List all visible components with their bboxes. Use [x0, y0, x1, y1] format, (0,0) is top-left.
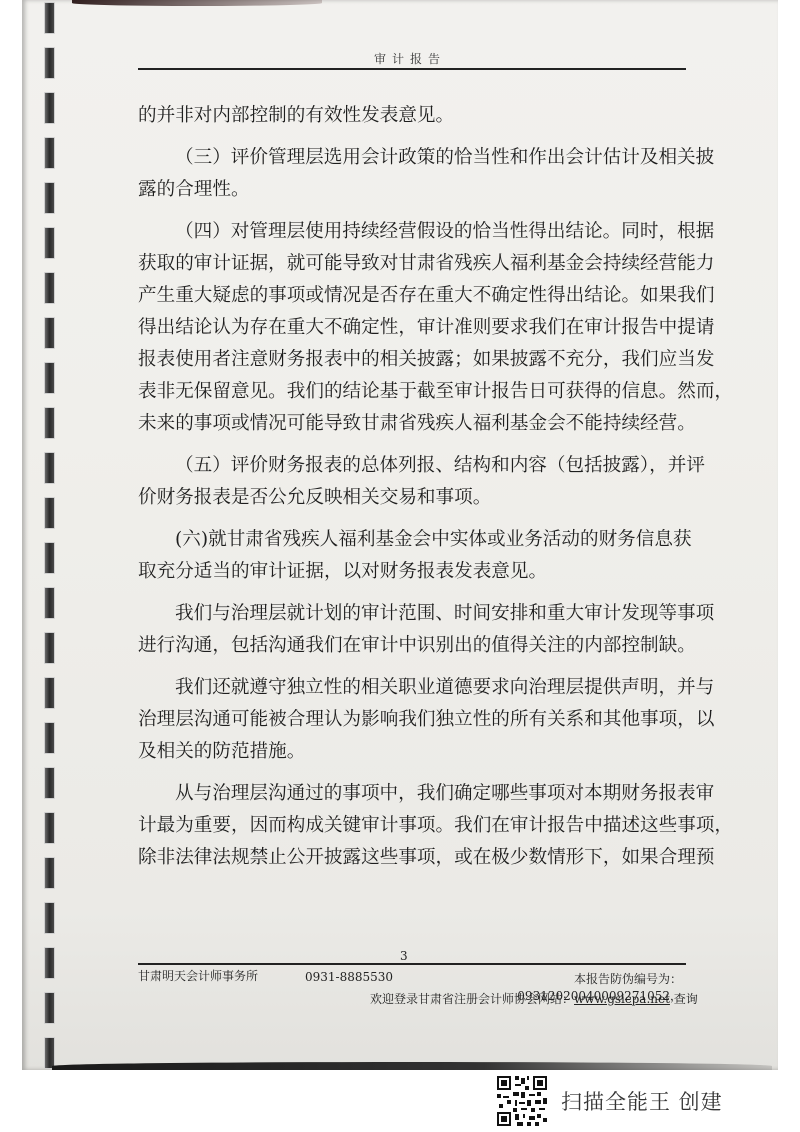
running-header: 审计报告 — [130, 50, 690, 67]
binding-hole — [44, 767, 55, 799]
binding-hole — [44, 632, 55, 664]
text-line: 我们还就遵守独立性的相关职业道德要求向治理层提供声明，并与 — [138, 672, 688, 704]
binding-hole — [44, 857, 55, 889]
paragraph: （三）评价管理层选用会计政策的恰当性和作出会计估计及相关披露的合理性。 — [138, 142, 688, 206]
text-line: 产生重大疑虑的事项或情况是否存在重大不确定性得出结论。如果我们 — [138, 280, 688, 312]
footer-website-link[interactable]: www.gsicpa.net — [574, 992, 670, 1006]
text-line: 得出结论认为存在重大不确定性，审计准则要求我们在审计报告中提请 — [138, 312, 688, 344]
paragraph: 我们还就遵守独立性的相关职业道德要求向治理层提供声明，并与治理层沟通可能被合理认… — [138, 672, 688, 768]
text-line: 治理层沟通可能被合理认为影响我们独立性的所有关系和其他事项，以 — [138, 704, 688, 736]
text-line: 计最为重要，因而构成关键审计事项。我们在审计报告中描述这些事项， — [138, 810, 688, 842]
footer-rule — [138, 963, 686, 965]
footer-firm-name: 甘肃明天会计师事务所 — [138, 967, 258, 984]
text-line: （五）评价财务报表的总体列报、结构和内容（包括披露），并评 — [138, 450, 688, 482]
binding-hole — [44, 812, 55, 844]
paragraph: 从与治理层沟通过的事项中，我们确定哪些事项对本期财务报表审计最为重要，因而构成关… — [138, 778, 688, 874]
binding-hole — [44, 2, 55, 34]
paragraph: 的并非对内部控制的有效性发表意见。 — [138, 100, 688, 132]
text-line: 表非无保留意见。我们的结论基于截至审计报告日可获得的信息。然而， — [138, 376, 688, 408]
text-line: (六)就甘肃省残疾人福利基金会中实体或业务活动的财务信息获 — [138, 524, 688, 556]
paragraph-gap — [138, 132, 688, 142]
text-line: 的并非对内部控制的有效性发表意见。 — [138, 100, 688, 132]
text-line: 除非法律法规禁止公开披露这些事项，或在极少数情形下，如果合理预 — [138, 842, 688, 874]
document-body: 的并非对内部控制的有效性发表意见。（三）评价管理层选用会计政策的恰当性和作出会计… — [138, 100, 688, 874]
text-line: 报表使用者注意财务报表中的相关披露；如果披露不充分，我们应当发 — [138, 344, 688, 376]
paragraph-gap — [138, 206, 688, 216]
paragraph-gap — [138, 440, 688, 450]
scanner-watermark: 扫描全能王 创建 — [497, 1074, 723, 1128]
text-line: （三）评价管理层选用会计政策的恰当性和作出会计估计及相关披 — [138, 142, 688, 174]
paragraph: (六)就甘肃省残疾人福利基金会中实体或业务活动的财务信息获取充分适当的审计证据，… — [138, 524, 688, 588]
binding-hole — [44, 992, 55, 1024]
binding-hole — [44, 47, 55, 79]
paragraph-gap — [138, 662, 688, 672]
text-line: 取充分适当的审计证据，以对财务报表发表意见。 — [138, 556, 688, 588]
binding-hole — [44, 362, 55, 394]
binding-hole — [44, 902, 55, 934]
text-line: 及相关的防范措施。 — [138, 736, 688, 768]
paragraph-gap — [138, 768, 688, 778]
binding-hole — [44, 677, 55, 709]
page-number: 3 — [400, 949, 408, 963]
text-line: 获取的审计证据，就可能导致对甘肃省残疾人福利基金会持续经营能力 — [138, 248, 688, 280]
binding-hole — [44, 137, 55, 169]
binding-hole — [44, 317, 55, 349]
text-line: 进行沟通，包括沟通我们在审计中识别出的值得关注的内部控制缺。 — [138, 630, 688, 662]
text-line: 未来的事项或情况可能导致甘肃省残疾人福利基金会不能持续经营。 — [138, 408, 688, 440]
watermark-text: 扫描全能王 创建 — [561, 1086, 723, 1116]
binding-hole — [44, 947, 55, 979]
text-line: 露的合理性。 — [138, 174, 688, 206]
binding-hole — [44, 227, 55, 259]
binding-hole — [44, 542, 55, 574]
binding-hole — [44, 1037, 55, 1069]
header-rule — [138, 68, 686, 70]
binding-hole — [44, 587, 55, 619]
scanned-page: 审计报告 的并非对内部控制的有效性发表意见。（三）评价管理层选用会计政策的恰当性… — [22, 0, 778, 1070]
binding-hole — [44, 497, 55, 529]
text-line: 价财务报表是否公允反映相关交易和事项。 — [138, 482, 688, 514]
binding-hole — [44, 272, 55, 304]
paragraph-gap — [138, 514, 688, 524]
binding-hole — [44, 92, 55, 124]
binding-holes — [44, 0, 64, 1070]
paragraph-gap — [138, 588, 688, 598]
binding-hole — [44, 407, 55, 439]
footer-website-suffix: 查询 — [670, 992, 698, 1006]
text-line: （四）对管理层使用持续经营假设的恰当性得出结论。同时，根据 — [138, 216, 688, 248]
binding-hole — [44, 722, 55, 754]
paragraph: （四）对管理层使用持续经营假设的恰当性得出结论。同时，根据获取的审计证据，就可能… — [138, 216, 688, 440]
text-line: 从与治理层沟通过的事项中，我们确定哪些事项对本期财务报表审 — [138, 778, 688, 810]
binding-hole — [44, 452, 55, 484]
paragraph: 我们与治理层就计划的审计范围、时间安排和重大审计发现等事项进行沟通，包括沟通我们… — [138, 598, 688, 662]
qr-code-icon — [497, 1076, 547, 1126]
binding-hole — [44, 182, 55, 214]
footer-phone: 0931-8885530 — [305, 970, 393, 984]
footer-website-line: 欢迎登录甘肃省注册会计师协会网站：www.gsicpa.net 查询 — [370, 990, 682, 1007]
paragraph: （五）评价财务报表的总体列报、结构和内容（包括披露），并评价财务报表是否公允反映… — [138, 450, 688, 514]
footer-website-prefix: 欢迎登录甘肃省注册会计师协会网站： — [370, 992, 574, 1006]
text-line: 我们与治理层就计划的审计范围、时间安排和重大审计发现等事项 — [138, 598, 688, 630]
